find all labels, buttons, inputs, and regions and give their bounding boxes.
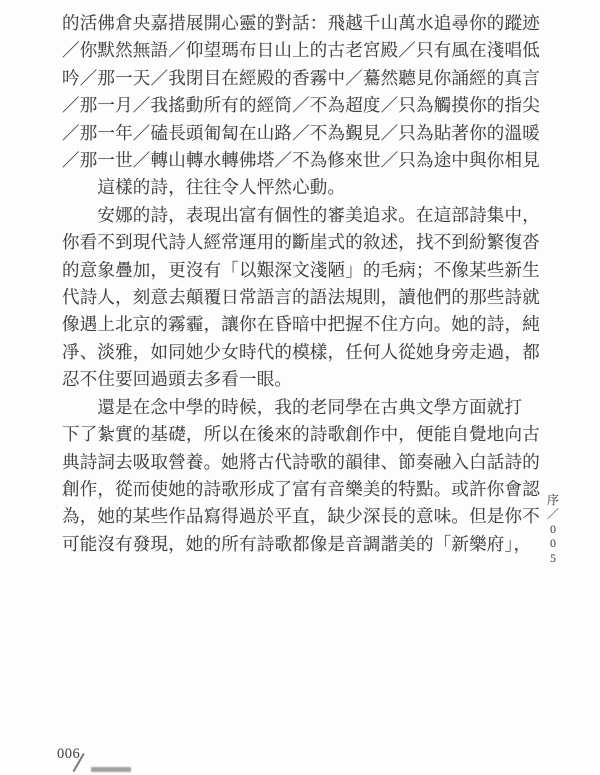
page-number: 006 bbox=[57, 746, 80, 762]
text-line-14: 忍不住要回過頭去多看一眼。 bbox=[62, 366, 554, 393]
margin-label-char-0a: 0 bbox=[544, 522, 562, 536]
text-line-6: ／那一世／轉山轉水轉佛塔／不為修來世／只為途中與你相見 bbox=[62, 147, 554, 174]
text-line-10: 的意象疊加，更沒有「以艱深文淺陋」的毛病；不像某些新生 bbox=[62, 257, 554, 284]
text-line-4: ／那一月／我搖動所有的經筒／不為超度／只為觸摸你的指尖 bbox=[62, 92, 554, 119]
text-line-17: 典詩詞去吸取營養。她將古代詩歌的韻律、節奏融入白話詩的 bbox=[62, 449, 554, 476]
text-line-20: 可能沒有發現，她的所有詩歌都像是音調諧美的「新樂府」， bbox=[62, 531, 554, 558]
footer-caption-illegible bbox=[91, 767, 131, 772]
text-line-16: 下了紮實的基礎，所以在後來的詩歌創作中，便能自覺地向古 bbox=[62, 421, 554, 448]
text-line-12: 像遇上北京的霧霾，讓你在昏暗中把握不住方向。她的詩，純 bbox=[62, 311, 554, 338]
margin-label-char-xu: 序 bbox=[544, 493, 562, 507]
margin-label-char-5: 5 bbox=[544, 551, 562, 565]
text-line-5: ／那一年／磕長頭匍匐在山路／不為覲見／只為貼著你的溫暖 bbox=[62, 120, 554, 147]
margin-section-label: 序 ／ 0 0 5 bbox=[544, 493, 562, 565]
text-line-11: 代詩人，刻意去顛覆日常語言的語法規則，讀他們的那些詩就 bbox=[62, 284, 554, 311]
margin-label-char-slash: ／ bbox=[544, 507, 562, 521]
text-line-9: 你看不到現代詩人經常運用的斷崖式的敘述，找不到紛繁復沓 bbox=[62, 229, 554, 256]
text-line-18: 創作，從而使她的詩歌形成了富有音樂美的特點。或許你會認 bbox=[62, 476, 554, 503]
text-line-13: 凈、淡雅，如同她少女時代的模樣，任何人從她身旁走過，都 bbox=[62, 339, 554, 366]
book-page: 的活佛倉央嘉措展開心靈的對話：飛越千山萬水追尋你的蹤迹 ／你默然無語／仰望瑪布日… bbox=[0, 0, 600, 775]
text-line-7: 這樣的詩，往往令人怦然心動。 bbox=[62, 174, 554, 201]
footer-folio: 006 bbox=[57, 745, 80, 775]
text-line-3: 吟／那一天／我閉目在經殿的香霧中／驀然聽見你誦經的真言 bbox=[62, 65, 554, 92]
text-line-15: 還是在念中學的時候，我的老同學在古典文學方面就打 bbox=[62, 394, 554, 421]
text-line-8: 安娜的詩，表現出富有個性的審美追求。在這部詩集中， bbox=[62, 202, 554, 229]
text-line-19: 為，她的某些作品寫得過於平直，缺少深長的意味。但是你不 bbox=[62, 503, 554, 530]
text-line-2: ／你默然無語／仰望瑪布日山上的古老宮殿／只有風在淺唱低 bbox=[62, 37, 554, 64]
text-line-1: 的活佛倉央嘉措展開心靈的對話：飛越千山萬水追尋你的蹤迹 bbox=[62, 10, 554, 37]
body-text: 的活佛倉央嘉措展開心靈的對話：飛越千山萬水追尋你的蹤迹 ／你默然無語／仰望瑪布日… bbox=[62, 10, 554, 558]
margin-label-char-0b: 0 bbox=[544, 536, 562, 550]
